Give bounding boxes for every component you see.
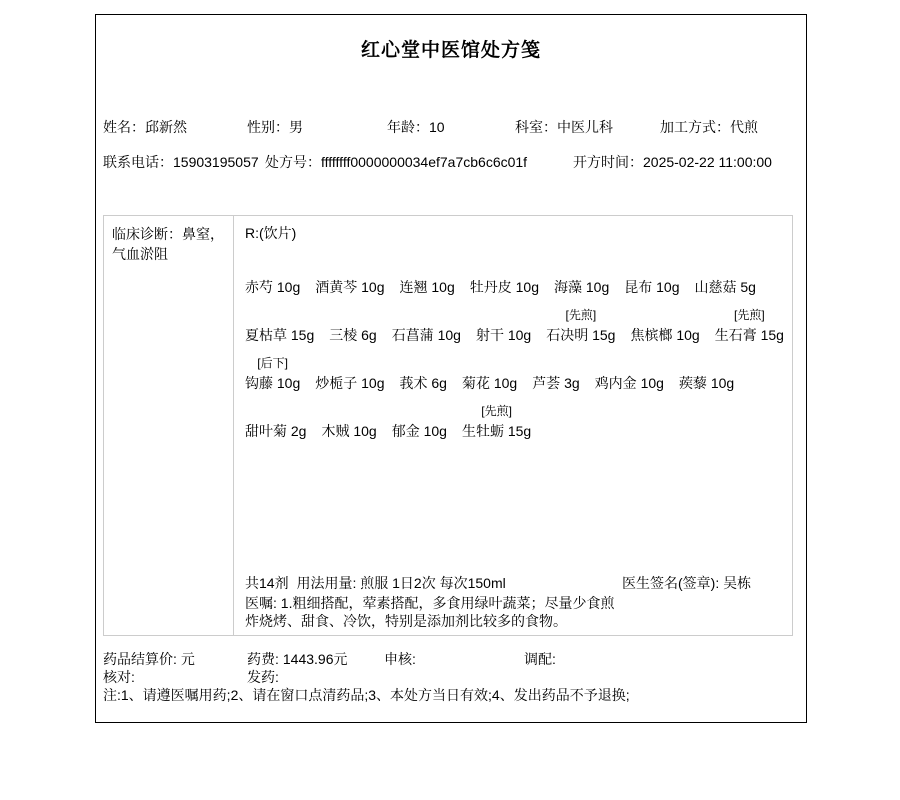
settle-price-field: 药品结算价:元 bbox=[103, 650, 195, 668]
herb-name: 海藻 bbox=[554, 279, 582, 295]
herb-name: 山慈菇 bbox=[695, 279, 737, 295]
herb-item: 石菖蒲 10g bbox=[392, 326, 461, 344]
dispense-label: 调配: bbox=[524, 651, 556, 667]
herb-line: 夏枯草 15g三棱 6g石菖蒲 10g射干 10g[先煎]石决明 15g焦槟榔 … bbox=[245, 326, 799, 344]
prescription-box: 临床诊断：鼻窒，气血淤阻 R:(饮片) 赤芍 10g酒黄芩 10g连翘 10g牡… bbox=[103, 215, 793, 636]
patient-gender-value: 男 bbox=[289, 119, 303, 135]
usage-line: 共14剂 用法用量: 煎服 1日2次 每次150ml 医生签名(签章): 吴栋 bbox=[245, 574, 799, 592]
diagnosis-panel: 临床诊断：鼻窒，气血淤阻 bbox=[104, 216, 234, 635]
herb-lines: 赤芍 10g酒黄芩 10g连翘 10g牡丹皮 10g海藻 10g昆布 10g山慈… bbox=[245, 278, 799, 440]
processing-method-field: 加工方式：代煎 bbox=[660, 118, 758, 136]
issue-time-label: 开方时间： bbox=[573, 154, 643, 170]
patient-info-row-2: 联系电话：15903195057 处方号：ffffffff0000000034e… bbox=[96, 153, 806, 171]
audit-label: 申核: bbox=[384, 651, 416, 667]
rx-number-value: ffffffff0000000034ef7a7cb6c6c01f bbox=[321, 154, 527, 170]
dispense-field: 调配: bbox=[524, 650, 556, 668]
herb-item: 三棱 6g bbox=[329, 326, 376, 344]
herb-item: 莪术 6g bbox=[400, 374, 447, 392]
herb-name: 钩藤 bbox=[245, 375, 273, 391]
footer-row-2: 核对: 发药: bbox=[96, 668, 806, 686]
processing-method-label: 加工方式： bbox=[660, 119, 730, 135]
herb-weight: 10g bbox=[672, 327, 699, 343]
herb-name: 鸡内金 bbox=[595, 375, 637, 391]
herb-item: 菊花 10g bbox=[462, 374, 517, 392]
patient-age-field: 年龄：10 bbox=[387, 118, 445, 136]
issue-time-field: 开方时间：2025-02-22 11:00:00 bbox=[573, 153, 772, 171]
patient-department-field: 科室：中医儿科 bbox=[515, 118, 613, 136]
herb-item: 射干 10g bbox=[476, 326, 531, 344]
herb-weight: 10g bbox=[490, 375, 517, 391]
herb-name: 甜叶菊 bbox=[245, 423, 287, 439]
herb-weight: 6g bbox=[428, 375, 447, 391]
issue-time-value: 2025-02-22 11:00:00 bbox=[643, 154, 772, 170]
issue-medicine-field: 发药: bbox=[247, 668, 279, 686]
herb-decoction-tag: [先煎] bbox=[566, 309, 597, 321]
footer-row-1: 药品结算价:元 药费:1443.96元 申核: 调配: bbox=[96, 650, 806, 668]
medicine-fee-label: 药费: bbox=[247, 651, 279, 667]
herb-name: 菊花 bbox=[462, 375, 490, 391]
doctor-remark: 医嘱: 1.粗细搭配，荤素搭配，多食用绿叶蔬菜；尽量少食煎炸烧烤、甜食、冷饮，特… bbox=[245, 594, 625, 630]
herb-line: 赤芍 10g酒黄芩 10g连翘 10g牡丹皮 10g海藻 10g昆布 10g山慈… bbox=[245, 278, 799, 296]
prescription-sheet: 红心堂中医馆处方笺 姓名：邱新然 性别：男 年龄：10 科室：中医儿科 加工方式… bbox=[95, 14, 807, 723]
herb-line: 甜叶菊 2g木贼 10g郁金 10g[先煎]生牡蛎 15g bbox=[245, 422, 799, 440]
herb-item: [先煎]生石膏 15g bbox=[715, 326, 784, 344]
herb-weight: 2g bbox=[287, 423, 306, 439]
herb-item: [先煎]生牡蛎 15g bbox=[462, 422, 531, 440]
patient-age-value: 10 bbox=[429, 119, 445, 135]
herb-name: 芦荟 bbox=[532, 375, 560, 391]
herb-weight: 10g bbox=[357, 375, 384, 391]
patient-gender-field: 性别：男 bbox=[247, 118, 303, 136]
footer-note: 注:1、请遵医嘱用药;2、请在窗口点清药品;3、本处方当日有效;4、发出药品不予… bbox=[103, 686, 630, 704]
patient-department-value: 中医儿科 bbox=[557, 119, 613, 135]
herb-name: 焦槟榔 bbox=[630, 327, 672, 343]
herb-item: 酒黄芩 10g bbox=[315, 278, 384, 296]
herb-name: 昆布 bbox=[624, 279, 652, 295]
herb-item: 山慈菇 5g bbox=[695, 278, 756, 296]
herb-name: 蒺藜 bbox=[679, 375, 707, 391]
herb-name: 莪术 bbox=[400, 375, 428, 391]
herb-weight: 10g bbox=[582, 279, 609, 295]
herb-weight: 10g bbox=[273, 375, 300, 391]
remark-text: 1.粗细搭配，荤素搭配，多食用绿叶蔬菜；尽量少食煎炸烧烤、甜食、冷饮，特别是添加… bbox=[245, 595, 614, 629]
herb-name: 炒栀子 bbox=[315, 375, 357, 391]
herb-weight: 10g bbox=[273, 279, 300, 295]
rx-label: R:(饮片) bbox=[245, 224, 799, 242]
herb-item: 蒺藜 10g bbox=[679, 374, 734, 392]
herb-item: 芦荟 3g bbox=[532, 374, 579, 392]
phone-field: 联系电话：15903195057 bbox=[103, 153, 259, 171]
rx-number-label: 处方号： bbox=[265, 154, 321, 170]
herb-weight: 15g bbox=[287, 327, 314, 343]
herb-weight: 10g bbox=[357, 279, 384, 295]
herb-weight: 3g bbox=[560, 375, 579, 391]
herb-item: [先煎]石决明 15g bbox=[546, 326, 615, 344]
herb-name: 赤芍 bbox=[245, 279, 273, 295]
herb-item: 炒栀子 10g bbox=[315, 374, 384, 392]
herb-item: 郁金 10g bbox=[392, 422, 447, 440]
patient-department-label: 科室： bbox=[515, 119, 557, 135]
herb-name: 夏枯草 bbox=[245, 327, 287, 343]
processing-method-value: 代煎 bbox=[730, 119, 758, 135]
herb-weight: 15g bbox=[504, 423, 531, 439]
herb-weight: 15g bbox=[757, 327, 784, 343]
medicine-fee-field: 药费:1443.96元 bbox=[247, 650, 348, 668]
prescription-bottom: 共14剂 用法用量: 煎服 1日2次 每次150ml 医生签名(签章): 吴栋 … bbox=[245, 574, 799, 630]
herb-item: 鸡内金 10g bbox=[595, 374, 664, 392]
herb-item: 连翘 10g bbox=[400, 278, 455, 296]
herb-name: 生石膏 bbox=[715, 327, 757, 343]
herb-item: 海藻 10g bbox=[554, 278, 609, 296]
herb-weight: 10g bbox=[349, 423, 376, 439]
remark-label: 医嘱: bbox=[245, 595, 277, 611]
herb-name: 射干 bbox=[476, 327, 504, 343]
footer-row-3: 注:1、请遵医嘱用药;2、请在窗口点清药品;3、本处方当日有效;4、发出药品不予… bbox=[96, 686, 806, 704]
herb-item: 赤芍 10g bbox=[245, 278, 300, 296]
patient-gender-label: 性别： bbox=[247, 119, 289, 135]
patient-name-value: 邱新然 bbox=[145, 119, 187, 135]
usage-value: 煎服 1日2次 每次150ml bbox=[360, 575, 505, 591]
herb-name: 石菖蒲 bbox=[392, 327, 434, 343]
total-doses: 共14剂 bbox=[245, 575, 289, 591]
audit-field: 申核: bbox=[384, 650, 416, 668]
diagnosis-label: 临床诊断： bbox=[112, 226, 182, 242]
herb-item: 焦槟榔 10g bbox=[630, 326, 699, 344]
herb-weight: 15g bbox=[588, 327, 615, 343]
patient-info-row-1: 姓名：邱新然 性别：男 年龄：10 科室：中医儿科 加工方式：代煎 bbox=[96, 118, 806, 136]
page-title: 红心堂中医馆处方笺 bbox=[96, 35, 806, 62]
herb-weight: 10g bbox=[707, 375, 734, 391]
herb-weight: 10g bbox=[434, 327, 461, 343]
phone-label: 联系电话： bbox=[103, 154, 173, 170]
herb-item: 木贼 10g bbox=[321, 422, 376, 440]
herb-item: 昆布 10g bbox=[624, 278, 679, 296]
patient-age-label: 年龄： bbox=[387, 119, 429, 135]
medicine-fee-value: 1443.96元 bbox=[283, 651, 348, 667]
herb-item: 甜叶菊 2g bbox=[245, 422, 306, 440]
herb-weight: 10g bbox=[637, 375, 664, 391]
doctor-signature-label: 医生签名(签章): bbox=[622, 575, 719, 591]
herb-name: 三棱 bbox=[329, 327, 357, 343]
herb-name: 木贼 bbox=[321, 423, 349, 439]
usage-label: 用法用量: bbox=[296, 575, 356, 591]
herb-name: 连翘 bbox=[400, 279, 428, 295]
herb-name: 酒黄芩 bbox=[315, 279, 357, 295]
herb-weight: 10g bbox=[428, 279, 455, 295]
rx-number-field: 处方号：ffffffff0000000034ef7a7cb6c6c01f bbox=[265, 153, 527, 171]
doctor-signature: 医生签名(签章): 吴栋 bbox=[622, 574, 751, 592]
herb-weight: 10g bbox=[504, 327, 531, 343]
herb-weight: 10g bbox=[652, 279, 679, 295]
herb-decoction-tag: [后下] bbox=[257, 357, 288, 369]
herb-weight: 5g bbox=[737, 279, 756, 295]
herb-decoction-tag: [先煎] bbox=[481, 405, 512, 417]
herb-panel: R:(饮片) 赤芍 10g酒黄芩 10g连翘 10g牡丹皮 10g海藻 10g昆… bbox=[234, 216, 805, 635]
herb-item: 牡丹皮 10g bbox=[470, 278, 539, 296]
issue-medicine-label: 发药: bbox=[247, 669, 279, 685]
settle-price-value: 元 bbox=[181, 651, 195, 667]
herb-name: 郁金 bbox=[392, 423, 420, 439]
check-label: 核对: bbox=[103, 669, 135, 685]
herb-weight: 6g bbox=[357, 327, 376, 343]
herb-name: 石决明 bbox=[546, 327, 588, 343]
herb-weight: 10g bbox=[512, 279, 539, 295]
phone-value: 15903195057 bbox=[173, 154, 259, 170]
patient-name-field: 姓名：邱新然 bbox=[103, 118, 187, 136]
check-field: 核对: bbox=[103, 668, 135, 686]
herb-item: 夏枯草 15g bbox=[245, 326, 314, 344]
herb-name: 生牡蛎 bbox=[462, 423, 504, 439]
herb-decoction-tag: [先煎] bbox=[734, 309, 765, 321]
herb-weight: 10g bbox=[420, 423, 447, 439]
patient-name-label: 姓名： bbox=[103, 119, 145, 135]
doctor-signature-name: 吴栋 bbox=[723, 575, 751, 591]
herb-line: [后下]钩藤 10g炒栀子 10g莪术 6g菊花 10g芦荟 3g鸡内金 10g… bbox=[245, 374, 799, 392]
herb-item: [后下]钩藤 10g bbox=[245, 374, 300, 392]
settle-price-label: 药品结算价: bbox=[103, 651, 177, 667]
herb-name: 牡丹皮 bbox=[470, 279, 512, 295]
